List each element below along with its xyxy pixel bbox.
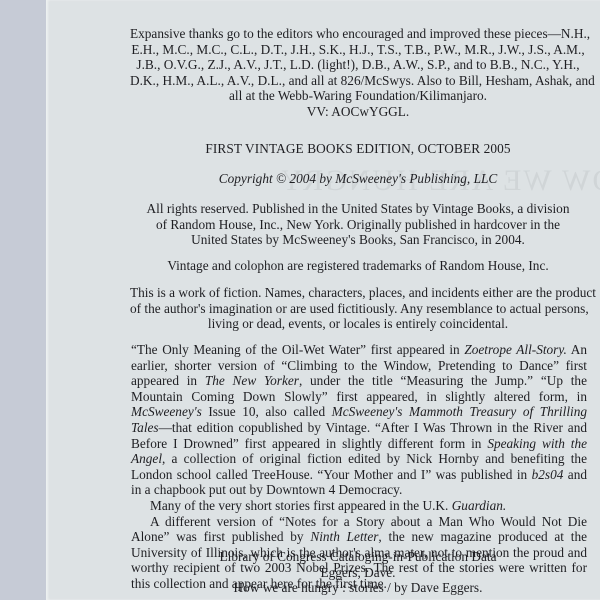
rights-line: United States by McSweeney's Books, San … (130, 232, 586, 248)
fiction-line: This is a work of fiction. Names, charac… (130, 285, 586, 301)
acknowledgments-line: J.B., O.V.G., Z.J., A.V., J.T., L.D. (li… (130, 57, 586, 73)
adjacent-page-edge (0, 0, 46, 600)
publication-title: McSweeney's (131, 404, 202, 419)
fiction-disclaimer: This is a work of fiction. Names, charac… (130, 285, 586, 332)
acknowledgments-line: E.H., M.C., M.C., C.L., D.T., J.H., S.K.… (130, 42, 586, 58)
credits-text: “The Only Meaning of the Oil-Wet Water” … (131, 342, 464, 357)
fiction-line: of the author's imagination or are used … (130, 301, 586, 317)
acknowledgments-line: D.K., H.M., A.L., A.V., D.L., and all at… (130, 73, 586, 89)
publication-title: Ninth Letter (310, 529, 378, 544)
credits-text: Issue 10, also called (202, 404, 332, 419)
credits-text: , a collection of original fiction edite… (131, 451, 587, 482)
rights-line: All rights reserved. Published in the Un… (130, 201, 586, 217)
acknowledgments-line: Expansive thanks go to the editors who e… (130, 26, 586, 42)
cip-data: Library of Congress Cataloging-in-Public… (130, 549, 586, 596)
cip-line: Library of Congress Cataloging-in-Public… (130, 549, 586, 565)
acknowledgments: Expansive thanks go to the editors who e… (130, 26, 586, 120)
acknowledgments-line: all at the Webb-Waring Foundation/Kilima… (130, 88, 586, 104)
publication-title: Zoetrope All-Story. (464, 342, 567, 357)
cip-line: How we are hungry : stories / by Dave Eg… (130, 580, 586, 596)
credits-paragraph-2: Many of the very short stories first app… (131, 498, 587, 514)
publication-title: Guardian. (452, 498, 507, 513)
cip-line: Eggers, Dave. (130, 565, 586, 581)
copyright-notice: Copyright © 2004 by McSweeney's Publishi… (130, 171, 586, 187)
publication-title: The New Yorker (205, 373, 299, 388)
trademark-notice: Vintage and colophon are registered trad… (130, 258, 586, 274)
edition-statement: FIRST VINTAGE BOOKS EDITION, OCTOBER 200… (130, 141, 586, 157)
credits-text: Many of the very short stories first app… (150, 498, 452, 513)
rights-line: of Random House, Inc., New York. Origina… (130, 217, 586, 233)
credits-paragraph-1: “The Only Meaning of the Oil-Wet Water” … (131, 342, 587, 498)
acknowledgments-line: VV: AOCwYGGL. (130, 104, 586, 120)
rights-statement: All rights reserved. Published in the Un… (130, 201, 586, 248)
fiction-line: living or dead, events, or locales is en… (130, 316, 586, 332)
publication-title: b2s04 (532, 467, 564, 482)
